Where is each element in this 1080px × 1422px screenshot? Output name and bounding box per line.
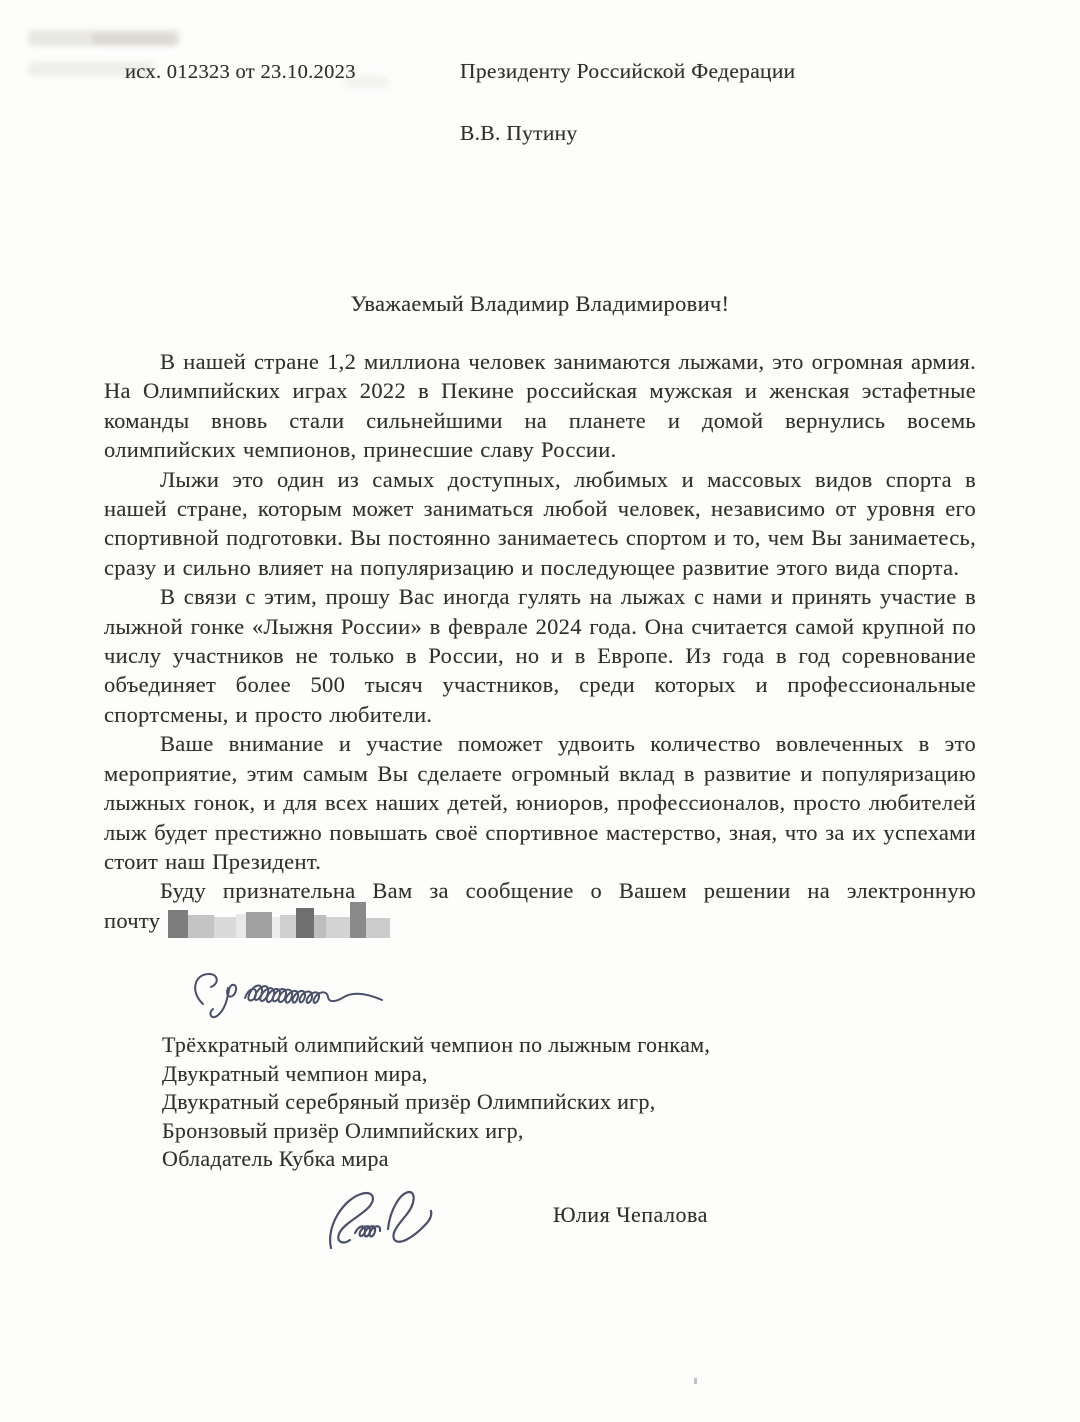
signature-scribble	[318, 1184, 468, 1264]
recipient-block: Президенту Российской Федерации В.В. Пут…	[460, 59, 795, 146]
closing-paragraph: Буду признательна Вам за сообщение о Ваш…	[104, 876, 976, 935]
sender-titles: Трёхкратный олимпийский чемпион по лыжны…	[162, 1031, 710, 1174]
body-paragraph-3: В связи с этим, прошу Вас иногда гулять …	[104, 582, 976, 729]
letter-body: В нашей стране 1,2 миллиона человек зани…	[104, 347, 976, 935]
sender-title-2: Двукратный чемпион мира,	[162, 1060, 710, 1089]
ref-number: исх. 012323 от 23.10.2023	[125, 61, 356, 84]
recipient-line-2: В.В. Путину	[460, 121, 795, 146]
signature-stroke-svg	[318, 1184, 468, 1264]
body-paragraph-2: Лыжи это один из самых доступных, любимы…	[104, 465, 976, 583]
scan-artifact	[92, 33, 176, 45]
body-paragraph-4: Ваше внимание и участие поможет удвоить …	[104, 729, 976, 876]
closing-line-2-text: почту	[104, 906, 160, 935]
sender-title-4: Бронзовый призёр Олимпийских игр,	[162, 1117, 710, 1146]
redacted-email-block	[168, 902, 390, 938]
scan-artifact	[694, 1378, 697, 1384]
sender-title-3: Двукратный серебряный призёр Олимпийских…	[162, 1088, 710, 1117]
salutation: Уважаемый Владимир Владимирович!	[104, 291, 976, 317]
handwriting-stroke-svg	[182, 966, 402, 1024]
letter-page: исх. 012323 от 23.10.2023 Президенту Рос…	[0, 0, 1080, 1422]
recipient-line-1: Президенту Российской Федерации	[460, 59, 795, 84]
sender-title-1: Трёхкратный олимпийский чемпион по лыжны…	[162, 1031, 710, 1060]
handwritten-closing	[182, 966, 402, 1024]
body-paragraph-1: В нашей стране 1,2 миллиона человек зани…	[104, 347, 976, 465]
sender-title-5: Обладатель Кубка мира	[162, 1145, 710, 1174]
closing-line-2: почту	[104, 906, 976, 935]
signature-name: Юлия Чепалова	[553, 1202, 708, 1228]
